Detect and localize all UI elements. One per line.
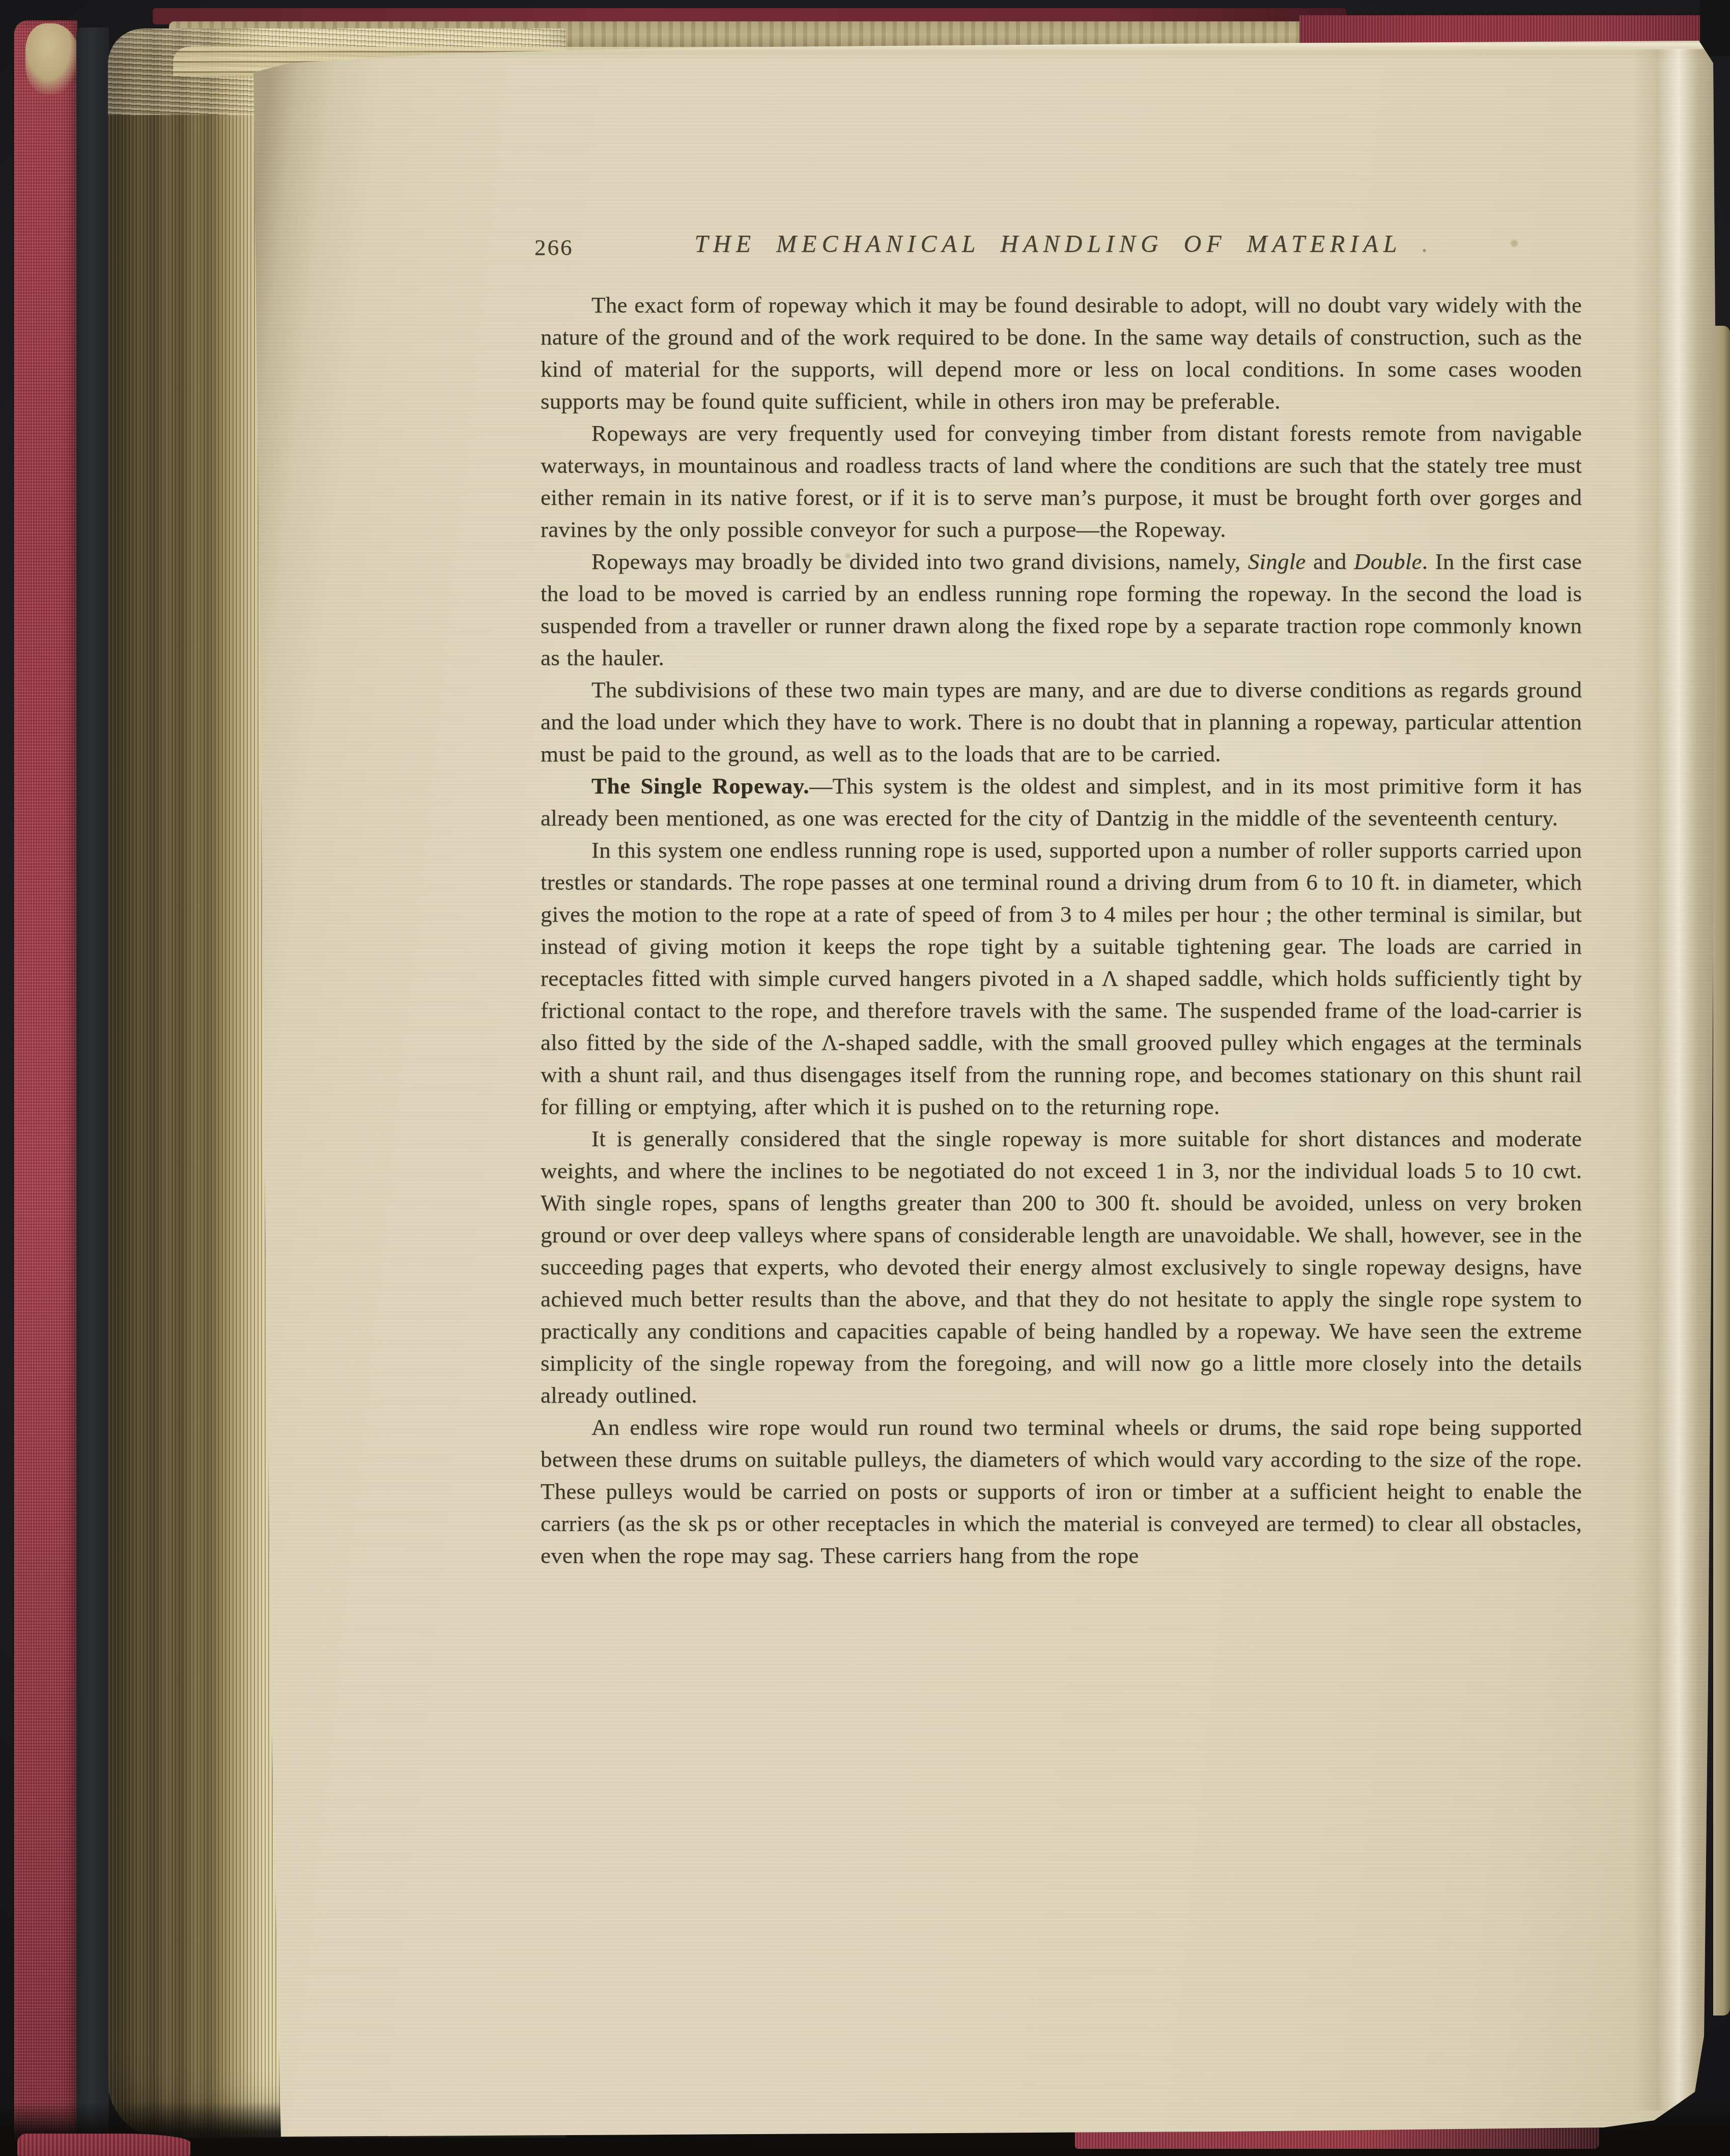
running-title-text: THE MECHANICAL HANDLING OF MATERIAL — [694, 231, 1401, 258]
paragraph: The subdivisions of these two main types… — [541, 674, 1582, 770]
paragraph: Ropeways may broadly be divided into two… — [541, 546, 1582, 674]
page-number: 266 — [534, 234, 574, 261]
inside-cover-strip — [76, 27, 109, 2140]
text-segment-normal: It is generally considered that the sing… — [541, 1126, 1582, 1408]
text-segment-normal: In this system one endless running rope … — [541, 837, 1582, 1119]
text-segment-normal: An endless wire rope would run round two… — [541, 1414, 1582, 1568]
title-trailing-mark: . — [1422, 231, 1428, 258]
text-segment-italic: Double — [1354, 549, 1422, 574]
paragraph: It is generally considered that the sing… — [541, 1123, 1582, 1411]
paragraph: The exact form of ropeway which it may b… — [541, 289, 1582, 417]
paragraph: In this system one endless running rope … — [541, 834, 1582, 1123]
text-segment-normal: and — [1306, 549, 1354, 574]
background-corner-patch — [1700, 0, 1730, 56]
page-right-crease — [1633, 49, 1716, 2110]
page-header: 266 THE MECHANICAL HANDLING OF MATERIAL … — [541, 230, 1582, 262]
cover-torn-corner — [25, 23, 80, 95]
text-segment-normal: The subdivisions of these two main types… — [541, 677, 1582, 767]
book-cover-bottom-left — [17, 2134, 190, 2156]
body-text: The exact form of ropeway which it may b… — [541, 289, 1582, 1572]
running-title: THE MECHANICAL HANDLING OF MATERIAL . — [541, 230, 1582, 258]
text-segment-bold: The Single Ropeway. — [591, 773, 809, 799]
text-segment-normal: Ropeways are very frequently used for co… — [541, 420, 1582, 542]
book-cover-left-edge — [14, 20, 77, 2143]
paragraph: The Single Ropeway.—This system is the o… — [541, 770, 1582, 834]
paragraph: An endless wire rope would run round two… — [541, 1411, 1582, 1572]
printed-text-area: 266 THE MECHANICAL HANDLING OF MATERIAL … — [541, 230, 1582, 1572]
under-page-right-sliver — [1713, 326, 1730, 2016]
text-segment-normal: Ropeways may broadly be divided into two… — [591, 549, 1248, 574]
book-scan-photo: 266 THE MECHANICAL HANDLING OF MATERIAL … — [0, 0, 1730, 2156]
text-segment-italic: Single — [1248, 549, 1306, 574]
paragraph: Ropeways are very frequently used for co… — [541, 417, 1582, 546]
text-segment-normal: The exact form of ropeway which it may b… — [541, 292, 1582, 414]
